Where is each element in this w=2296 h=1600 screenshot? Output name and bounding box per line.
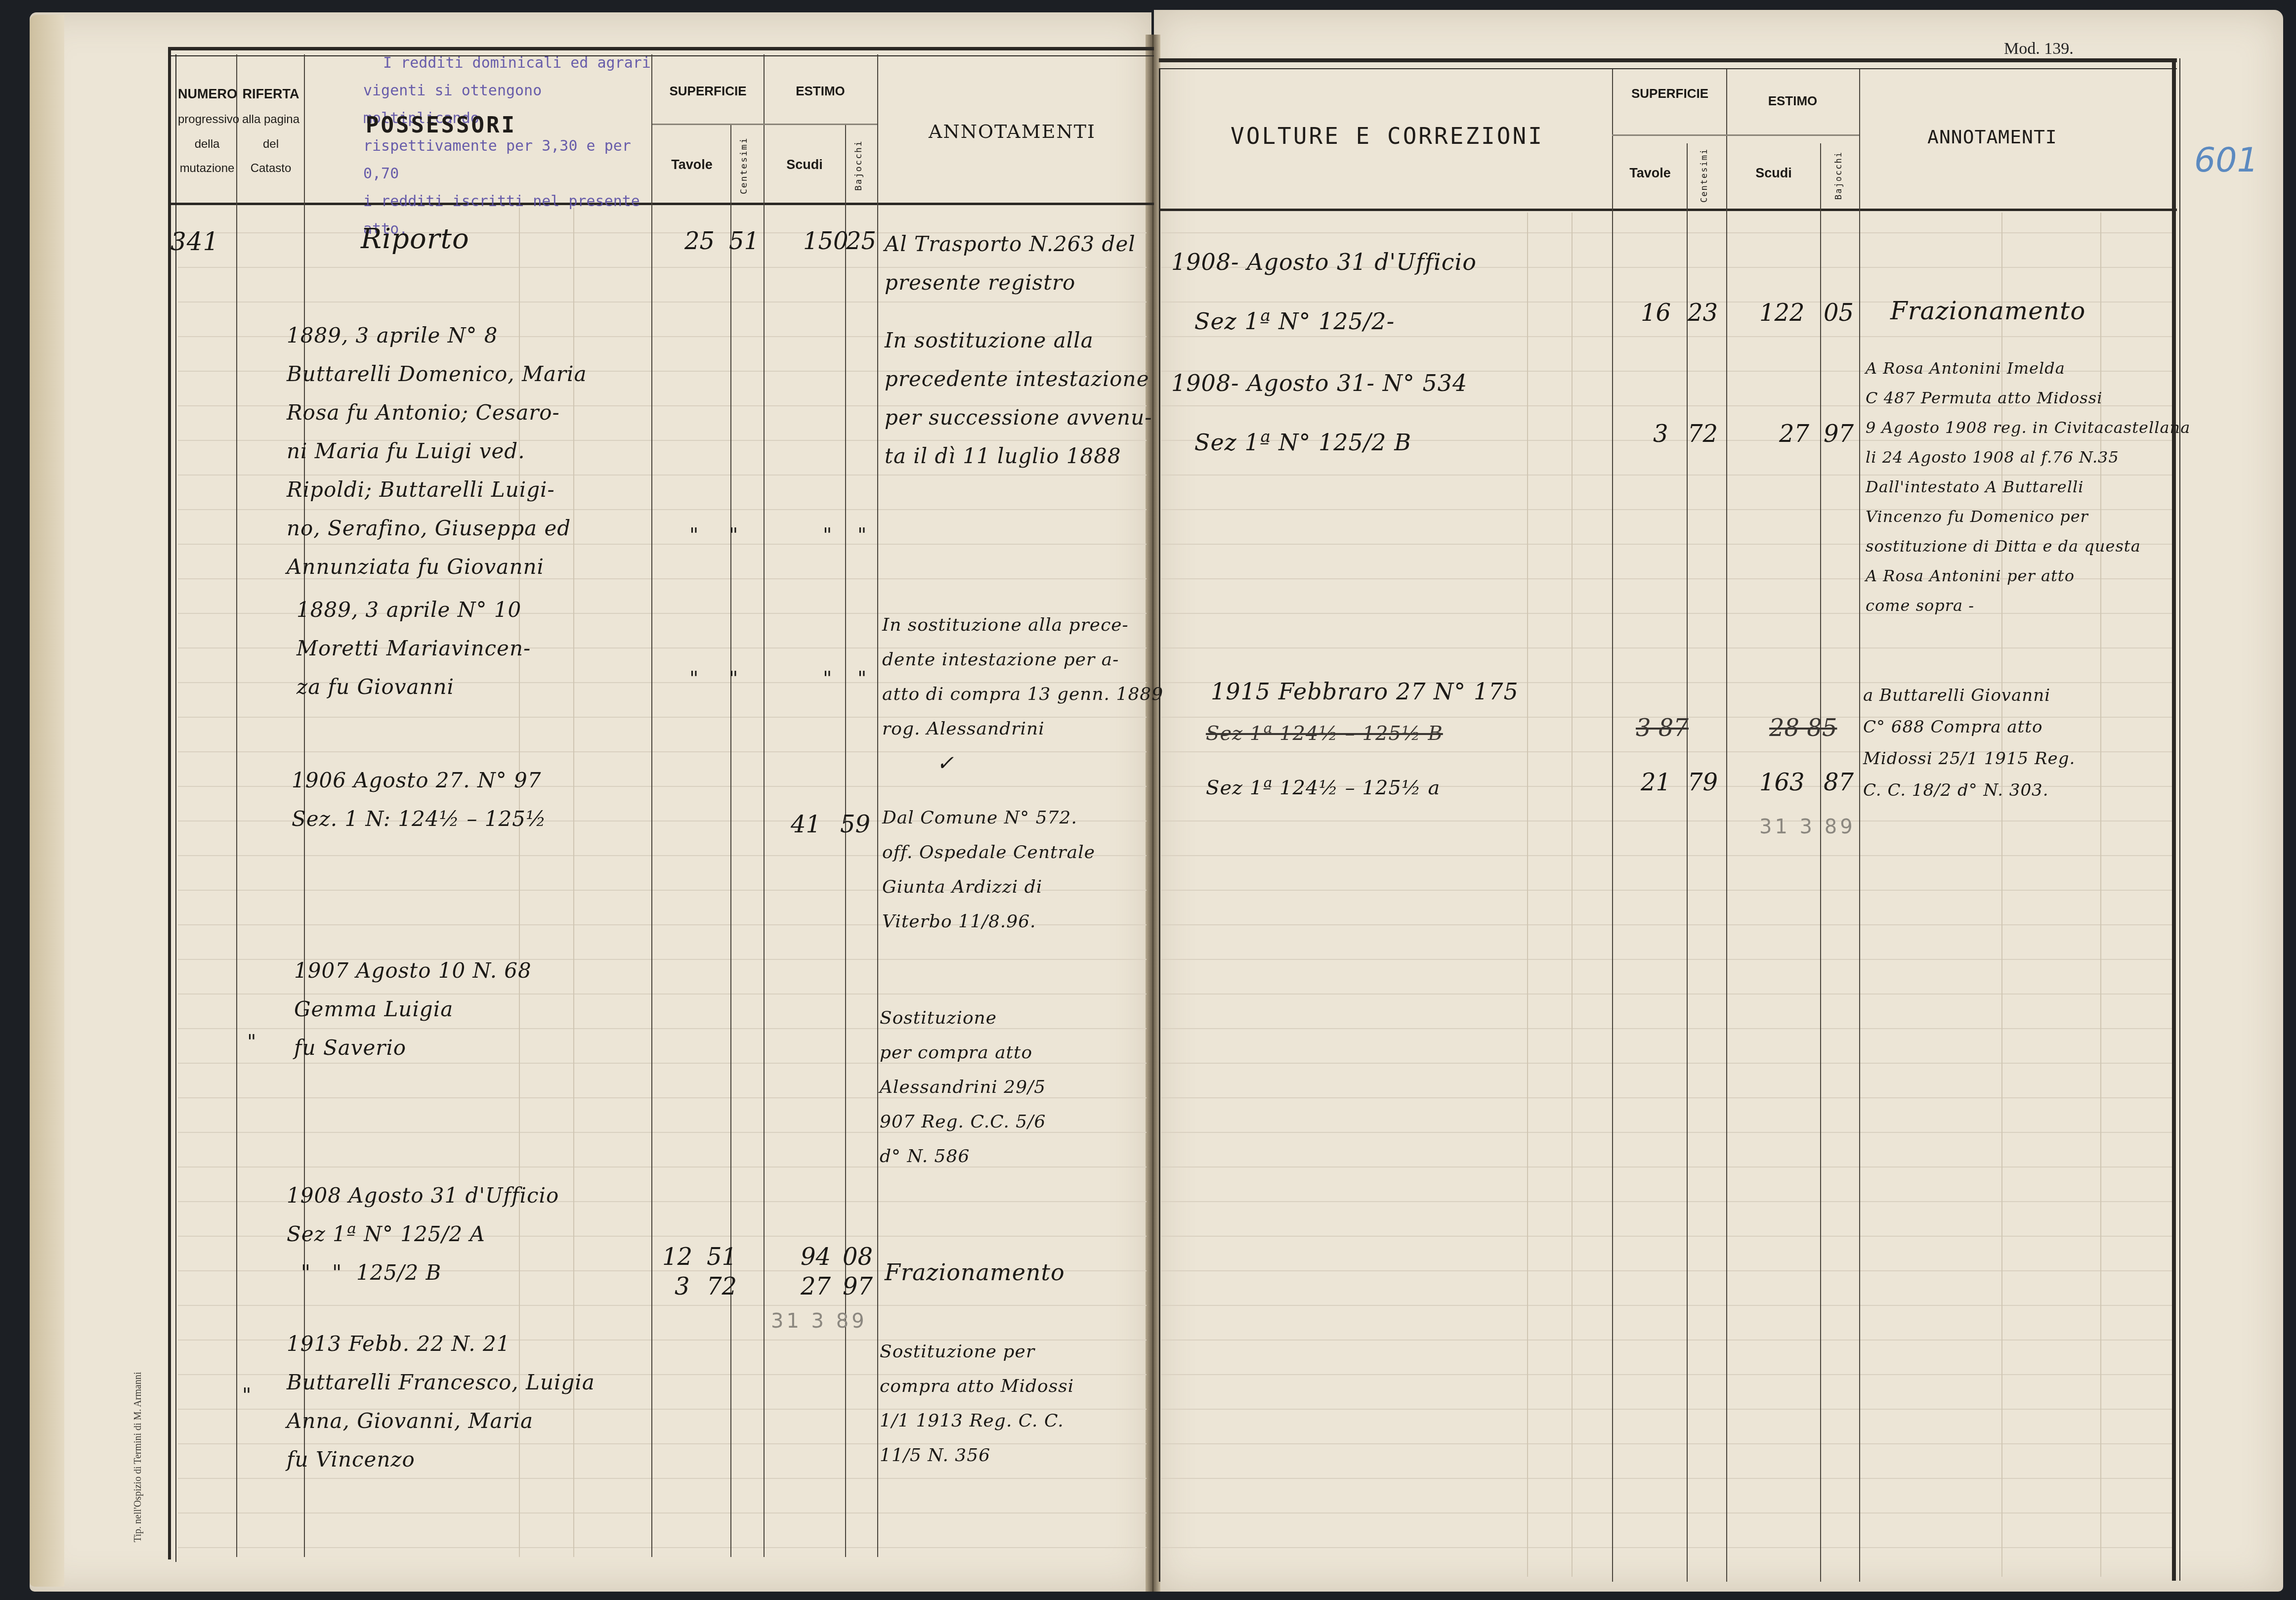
col-divider bbox=[236, 54, 237, 1557]
entry-annotamenti: Frazionamento bbox=[1890, 292, 2085, 330]
value-bajocchi: 87 bbox=[1824, 769, 1854, 796]
ruling-line bbox=[1161, 1132, 2172, 1133]
header-estimo: ESTIMO bbox=[764, 84, 877, 99]
table-right-border-outer bbox=[2179, 58, 2180, 1581]
ruling-line bbox=[1161, 1270, 2172, 1271]
ruling-line bbox=[1161, 1167, 2172, 1168]
header-riferta: RIFERTA alla pagina del Catasto bbox=[238, 86, 303, 175]
header-centesimi: Centesimi bbox=[1700, 148, 1710, 203]
value-tavole: 21 bbox=[1641, 769, 1671, 796]
header-possessori: POSSESSORI bbox=[366, 113, 516, 138]
ruling-line bbox=[178, 1305, 1147, 1306]
book-spine bbox=[1146, 35, 1160, 1592]
value-bajocchi: 25 bbox=[846, 227, 876, 255]
header-tavole: Tavole bbox=[1614, 166, 1687, 181]
ruling-line bbox=[1161, 1478, 2172, 1479]
entry-possessori: 1907 Agosto 10 N. 68 Gemma Luigia fu Sav… bbox=[294, 951, 532, 1067]
ruling-line bbox=[1161, 648, 2172, 649]
table-left-border bbox=[1159, 69, 1160, 1582]
header-top-border bbox=[170, 47, 1154, 50]
header-superficie: SUPERFICIE bbox=[1614, 86, 1726, 101]
ruling-line bbox=[1161, 1374, 2172, 1375]
col-divider bbox=[651, 54, 652, 1557]
entry-annotamenti: Sostituzione per compra atto Midossi 1/1… bbox=[880, 1335, 1074, 1473]
ruling-line bbox=[178, 751, 1147, 752]
col-divider bbox=[877, 54, 878, 1557]
header-riferta-title: RIFERTA bbox=[238, 86, 303, 102]
col-divider bbox=[845, 124, 846, 1557]
ditto-mark: " bbox=[857, 524, 866, 547]
header-numero-line: della bbox=[178, 137, 236, 151]
ruling-line bbox=[1161, 1201, 2172, 1202]
ruling-line bbox=[1161, 959, 2172, 960]
header-bajocchi: Bajocchi bbox=[854, 133, 864, 198]
ditto-mark: " bbox=[247, 1031, 256, 1053]
value-centesimi: 51 bbox=[729, 227, 759, 255]
ditto-mark: " bbox=[823, 667, 832, 690]
table-right-border bbox=[2172, 58, 2176, 1581]
entry-annotamenti: A Rosa Antonini Imelda C 487 Permuta att… bbox=[1866, 353, 2190, 620]
header-numero-line: progressivo bbox=[178, 113, 236, 127]
header-top-border-thin bbox=[1159, 68, 2177, 69]
ruling-line bbox=[1161, 1097, 2172, 1098]
value-bajocchi: 05 bbox=[1824, 299, 1854, 327]
ditto-mark: " bbox=[689, 667, 698, 690]
table-left-border bbox=[168, 47, 171, 1559]
struck-out-value: 28 85 bbox=[1769, 714, 1837, 742]
header-tavole: Tavole bbox=[653, 157, 730, 173]
value-centesimi: 51 bbox=[707, 1243, 737, 1271]
page-edge-stack bbox=[30, 15, 64, 1587]
printer-imprint: Tip. nell'Ospizio di Termini di M. Arman… bbox=[132, 1335, 144, 1542]
ruling-line bbox=[178, 1513, 1147, 1514]
header-bottom-border bbox=[1159, 209, 2177, 211]
value-centesimi: 72 bbox=[1688, 420, 1718, 448]
header-riferta-line: alla pagina bbox=[238, 113, 303, 127]
header-scudi: Scudi bbox=[1727, 166, 1820, 181]
header-annotamenti: ANNOTAMENTI bbox=[1927, 126, 2057, 148]
value-tavole: 25 bbox=[684, 227, 715, 255]
struck-out-parcel: Sez 1ª 124½ – 125½ B bbox=[1206, 714, 1443, 753]
entry-possessori: 1889, 3 aprile N° 8 Buttarelli Domenico,… bbox=[287, 316, 587, 586]
ruling-line bbox=[1161, 855, 2172, 856]
subheader-divider bbox=[652, 124, 877, 125]
header-annotamenti: ANNOTAMENTI bbox=[879, 121, 1146, 143]
entry-volture-parcel: Sez 1ª 124½ – 125½ a bbox=[1206, 769, 1440, 807]
col-divider bbox=[764, 54, 765, 1557]
value-centesimi: 72 bbox=[707, 1273, 737, 1300]
header-top-border-thin bbox=[170, 55, 1154, 56]
header-numero-title: NUMERO bbox=[178, 86, 236, 102]
value-centesimi: 79 bbox=[1688, 769, 1718, 796]
archive-page-number: 601 bbox=[2194, 141, 2258, 180]
header-bottom-border bbox=[170, 203, 1154, 205]
entry-possessori: 1908 Agosto 31 d'Ufficio Sez 1ª N° 125/2… bbox=[287, 1176, 559, 1292]
ruling-line bbox=[1161, 1236, 2172, 1237]
entry-annotamenti: a Buttarelli Giovanni C° 688 Compra atto… bbox=[1863, 680, 2075, 806]
value-tavole: 3 bbox=[1653, 420, 1668, 448]
ruling-line bbox=[1161, 890, 2172, 891]
header-estimo: ESTIMO bbox=[1727, 94, 1858, 109]
value-bajocchi: 97 bbox=[1824, 420, 1854, 448]
ditto-mark: " bbox=[823, 524, 832, 547]
subheader-divider bbox=[1612, 134, 1859, 136]
col-divider bbox=[730, 124, 731, 1557]
ruling-line bbox=[1161, 1443, 2172, 1444]
col-divider bbox=[1820, 143, 1821, 1582]
ruling-line bbox=[1161, 994, 2172, 995]
ruling-line bbox=[1161, 821, 2172, 822]
form-code: Mod. 139. bbox=[2004, 40, 2074, 58]
ditto-mark: " bbox=[689, 524, 698, 547]
entry-annotamenti: Al Trasporto N.263 del presente registro bbox=[885, 225, 1136, 302]
col-divider bbox=[1687, 143, 1688, 1582]
col-divider bbox=[1859, 69, 1860, 1582]
entry-annotamenti: In sostituzione alla precedente intestaz… bbox=[885, 321, 1152, 476]
pencil-note: 31 3 89 bbox=[1759, 816, 1856, 838]
value-tavole: 12 bbox=[662, 1243, 692, 1271]
entry-possessori: Riporto bbox=[361, 220, 469, 259]
header-centesimi: Centesimi bbox=[739, 133, 750, 198]
header-riferta-line: del bbox=[238, 137, 303, 151]
entry-volture: 1908- Agosto 31- N° 534 Sez 1ª N° 125/2 … bbox=[1171, 353, 1467, 472]
entry-volture: 1915 Febbraro 27 N° 175 bbox=[1211, 672, 1519, 711]
entry-possessori: 1913 Febb. 22 N. 21 Buttarelli Francesco… bbox=[287, 1325, 595, 1479]
value-scudi: 163 bbox=[1759, 769, 1805, 796]
header-scudi: Scudi bbox=[765, 157, 844, 173]
purple-rubber-stamp: I redditi dominicali ed agrari vigenti s… bbox=[363, 49, 655, 243]
header-riferta-line: Catasto bbox=[238, 162, 303, 175]
ditto-mark: " bbox=[729, 524, 738, 547]
pencil-note: 31 3 89 bbox=[771, 1310, 867, 1333]
header-numero-line: mutazione bbox=[178, 162, 236, 175]
ruling-line bbox=[1161, 1063, 2172, 1064]
value-scudi: 122 bbox=[1759, 299, 1805, 327]
header-numero: NUMERO progressivo della mutazione bbox=[178, 86, 236, 175]
stamp-line: I redditi dominicali ed agrari bbox=[363, 49, 655, 77]
value-scudi: 41 bbox=[791, 811, 821, 838]
value-tavole: 16 bbox=[1641, 299, 1671, 327]
header-top-border bbox=[1159, 58, 2177, 62]
value-scudi: 150 bbox=[803, 227, 849, 255]
col-guide bbox=[1572, 213, 1573, 1577]
value-bajocchi: 59 bbox=[840, 811, 870, 838]
value-bajocchi: 08 bbox=[843, 1243, 873, 1271]
ditto-mark: " bbox=[729, 667, 738, 690]
header-volture-correzioni: VOLTURE E CORREZIONI bbox=[1231, 123, 1544, 149]
entry-possessori: 1889, 3 aprile N° 10 Moretti Mariavincen… bbox=[297, 591, 531, 706]
mutation-number: 341 bbox=[170, 222, 219, 261]
col-guide bbox=[1527, 213, 1528, 1577]
entry-volture: 1908- Agosto 31 d'Ufficio Sez 1ª N° 125/… bbox=[1171, 232, 1477, 351]
stamp-line: rispettivamente per 3,30 e per 0,70 bbox=[363, 132, 655, 188]
check-mark-icon: ✓ bbox=[936, 744, 954, 782]
value-centesimi: 23 bbox=[1688, 299, 1718, 327]
entry-annotamenti: In sostituzione alla prece- dente intest… bbox=[882, 608, 1163, 746]
ruling-line bbox=[1161, 1340, 2172, 1341]
entry-possessori: 1906 Agosto 27. N° 97 Sez. 1 N: 124½ – 1… bbox=[292, 761, 547, 838]
ruling-line bbox=[1161, 1547, 2172, 1548]
value-bajocchi: 97 bbox=[843, 1273, 873, 1300]
ruling-line bbox=[1161, 1028, 2172, 1029]
value-scudi: 27 bbox=[801, 1273, 831, 1300]
ditto-mark: " bbox=[242, 1384, 251, 1407]
struck-out-value: 3 87 bbox=[1636, 714, 1689, 742]
value-tavole: 3 bbox=[675, 1273, 690, 1300]
ditto-mark: " bbox=[857, 667, 866, 690]
entry-annotamenti: Frazionamento bbox=[885, 1253, 1065, 1292]
ruling-line bbox=[178, 1547, 1147, 1548]
ruling-line bbox=[1161, 1305, 2172, 1306]
value-scudi: 94 bbox=[801, 1243, 831, 1271]
col-divider bbox=[1612, 69, 1613, 1582]
col-divider bbox=[1726, 69, 1727, 1582]
entry-annotamenti: Dal Comune N° 572. off. Ospedale Central… bbox=[882, 801, 1095, 939]
header-superficie: SUPERFICIE bbox=[652, 84, 764, 99]
entry-annotamenti: Sostituzione per compra atto Alessandrin… bbox=[880, 1001, 1046, 1174]
ruling-line bbox=[1161, 1513, 2172, 1514]
table-left-border-inner bbox=[175, 54, 176, 1562]
value-scudi: 27 bbox=[1779, 420, 1809, 448]
ruling-line bbox=[1161, 1409, 2172, 1410]
ruling-line bbox=[1161, 924, 2172, 925]
header-bajocchi: Bajocchi bbox=[1834, 148, 1844, 203]
